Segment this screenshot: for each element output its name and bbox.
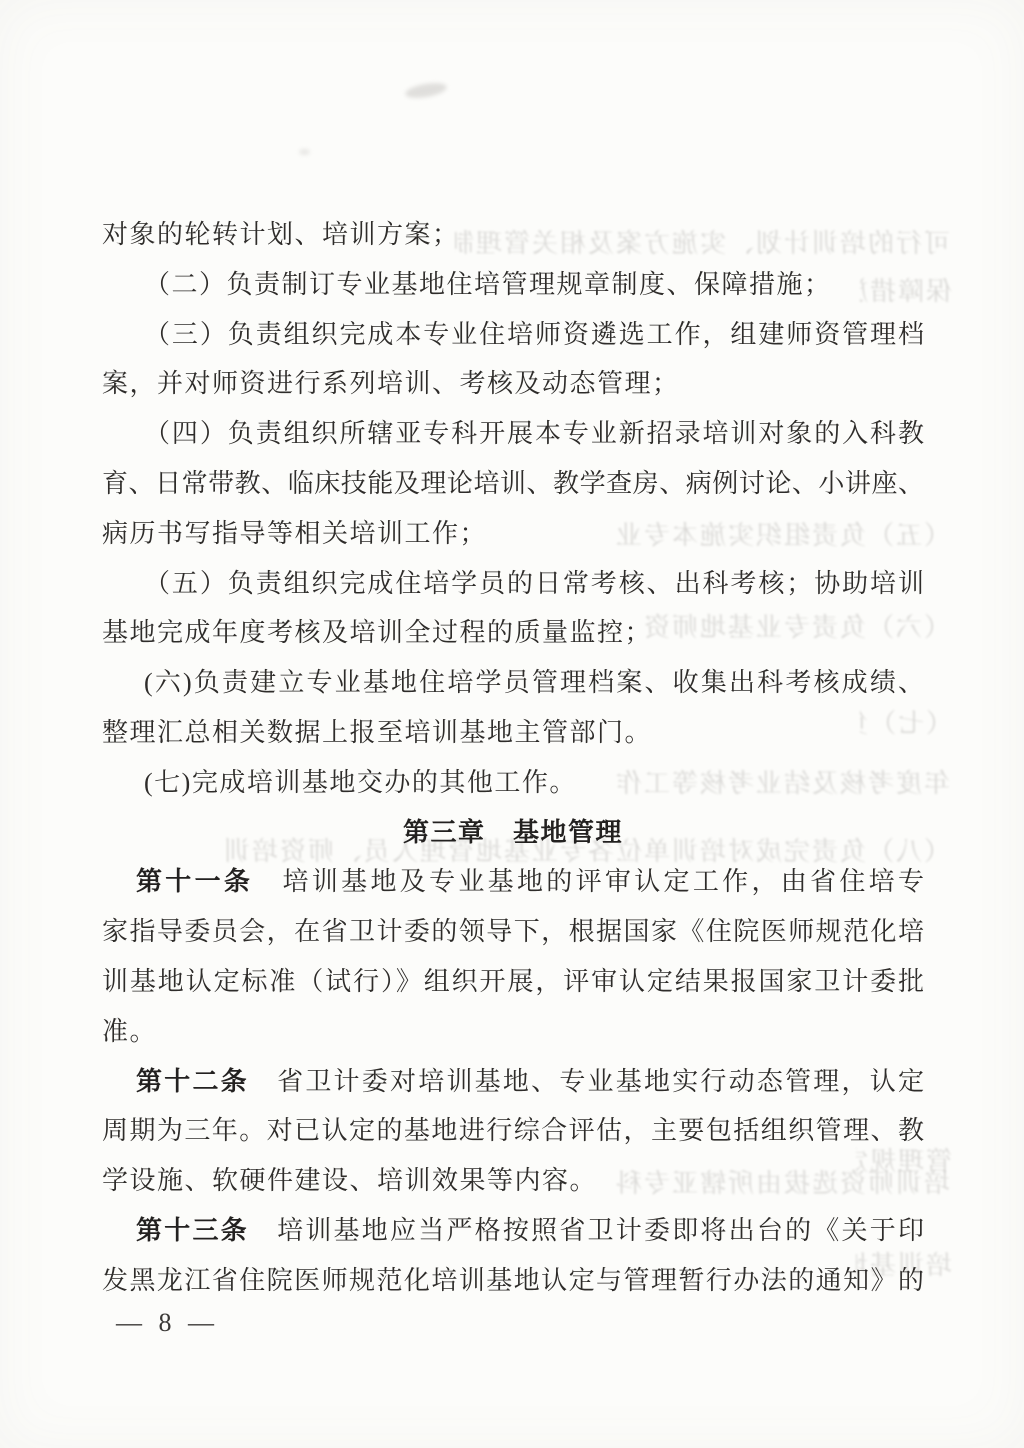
text-segment: 培训基地及专业基地的评审认定工作，由省住培专 bbox=[253, 867, 924, 896]
text-segment: 培训基地应当严格按照省卫计委即将出台的《关于印 bbox=[249, 1216, 924, 1245]
text-segment: 病历书写指导等相关培训工作； bbox=[102, 519, 487, 548]
text-segment: (七)完成培训基地交办的其他工作。 bbox=[144, 768, 577, 797]
bold-text: 第十三条 bbox=[136, 1216, 249, 1245]
scan-smudge bbox=[299, 149, 310, 155]
body-line: （二）负责制订专业基地住培管理规章制度、保障措施； bbox=[102, 260, 924, 310]
text-segment: 训基地认定标准（试行）》组织开展，评审认定结果报国家卫计委批 bbox=[102, 967, 924, 996]
text-segment: 对象的轮转计划、培训方案； bbox=[102, 220, 460, 249]
body-line: 育、日常带教、临床技能及理论培训、教学查房、病例讨论、小讲座、 bbox=[102, 459, 924, 509]
text-segment: 基地完成年度考核及培训全过程的质量监控； bbox=[102, 618, 652, 647]
body-line: （四）负责组织所辖亚专科开展本专业新招录培训对象的入科教 bbox=[102, 409, 924, 459]
text-segment: 省卫计委对培训基地、专业基地实行动态管理，认定 bbox=[249, 1067, 924, 1096]
body-line: (六)负责建立专业基地住培学员管理档案、收集出科考核成绩、 bbox=[102, 658, 924, 708]
bold-text: 第十二条 bbox=[136, 1067, 249, 1096]
text-segment: （二）负责制订专业基地住培管理规章制度、保障措施； bbox=[144, 270, 832, 299]
bold-text: 第三章 基地管理 bbox=[403, 818, 623, 847]
text-segment: （五）负责组织完成住培学员的日常考核、出科考核；协助培训 bbox=[144, 569, 924, 598]
document-body: 对象的轮转计划、培训方案；（二）负责制订专业基地住培管理规章制度、保障措施；（三… bbox=[102, 210, 924, 1306]
body-line: 家指导委员会，在省卫计委的领导下，根据国家《住院医师规范化培 bbox=[102, 907, 924, 957]
text-segment: （四）负责组织所辖亚专科开展本专业新招录培训对象的入科教 bbox=[144, 419, 924, 448]
chapter-heading: 第三章 基地管理 bbox=[102, 808, 924, 858]
body-line: （五）负责组织完成住培学员的日常考核、出科考核；协助培训 bbox=[102, 559, 924, 609]
article-line: 第十一条 培训基地及专业基地的评审认定工作，由省住培专 bbox=[102, 857, 924, 907]
text-segment: 发黑龙江省住院医师规范化培训基地认定与管理暂行办法的通知》的 bbox=[102, 1266, 924, 1295]
body-line: 案，并对师资进行系列培训、考核及动态管理； bbox=[102, 359, 924, 409]
body-line: 准。 bbox=[102, 1007, 924, 1057]
body-line: 训基地认定标准（试行）》组织开展，评审认定结果报国家卫计委批 bbox=[102, 957, 924, 1007]
text-segment: 育、日常带教、临床技能及理论培训、教学查房、病例讨论、小讲座、 bbox=[102, 469, 924, 498]
text-segment: 整理汇总相关数据上报至培训基地主管部门。 bbox=[102, 718, 652, 747]
text-segment: (六)负责建立专业基地住培学员管理档案、收集出科考核成绩、 bbox=[144, 668, 924, 697]
body-line: 周期为三年。对已认定的基地进行综合评估，主要包括组织管理、教 bbox=[102, 1106, 924, 1156]
bold-text: 第十一条 bbox=[136, 867, 253, 896]
document-page: 可行的培训计划、实施方案及相关管理制度保障措施（五）负责组织实施本专业（六）负责… bbox=[0, 0, 1024, 1448]
body-line: 学设施、软硬件建设、培训效果等内容。 bbox=[102, 1156, 924, 1206]
text-segment: 准。 bbox=[102, 1017, 157, 1046]
body-line: 对象的轮转计划、培训方案； bbox=[102, 210, 924, 260]
body-line: 整理汇总相关数据上报至培训基地主管部门。 bbox=[102, 708, 924, 758]
body-line: 基地完成年度考核及培训全过程的质量监控； bbox=[102, 608, 924, 658]
scan-smudge bbox=[404, 80, 448, 100]
text-segment: 学设施、软硬件建设、培训效果等内容。 bbox=[102, 1166, 597, 1195]
text-segment: 周期为三年。对已认定的基地进行综合评估，主要包括组织管理、教 bbox=[102, 1116, 924, 1145]
text-segment: 家指导委员会，在省卫计委的领导下，根据国家《住院医师规范化培 bbox=[102, 917, 924, 946]
text-segment: （三）负责组织完成本专业住培师资遴选工作，组建师资管理档 bbox=[144, 320, 924, 349]
article-line: 第十三条 培训基地应当严格按照省卫计委即将出台的《关于印 bbox=[102, 1206, 924, 1256]
body-line: 病历书写指导等相关培训工作； bbox=[102, 509, 924, 559]
page-number: — 8 — bbox=[116, 1308, 219, 1338]
article-line: 第十二条 省卫计委对培训基地、专业基地实行动态管理，认定 bbox=[102, 1057, 924, 1107]
body-line: 发黑龙江省住院医师规范化培训基地认定与管理暂行办法的通知》的 bbox=[102, 1256, 924, 1306]
text-segment: 案，并对师资进行系列培训、考核及动态管理； bbox=[102, 369, 680, 398]
body-line: （三）负责组织完成本专业住培师资遴选工作，组建师资管理档 bbox=[102, 310, 924, 360]
body-line: (七)完成培训基地交办的其他工作。 bbox=[102, 758, 924, 808]
